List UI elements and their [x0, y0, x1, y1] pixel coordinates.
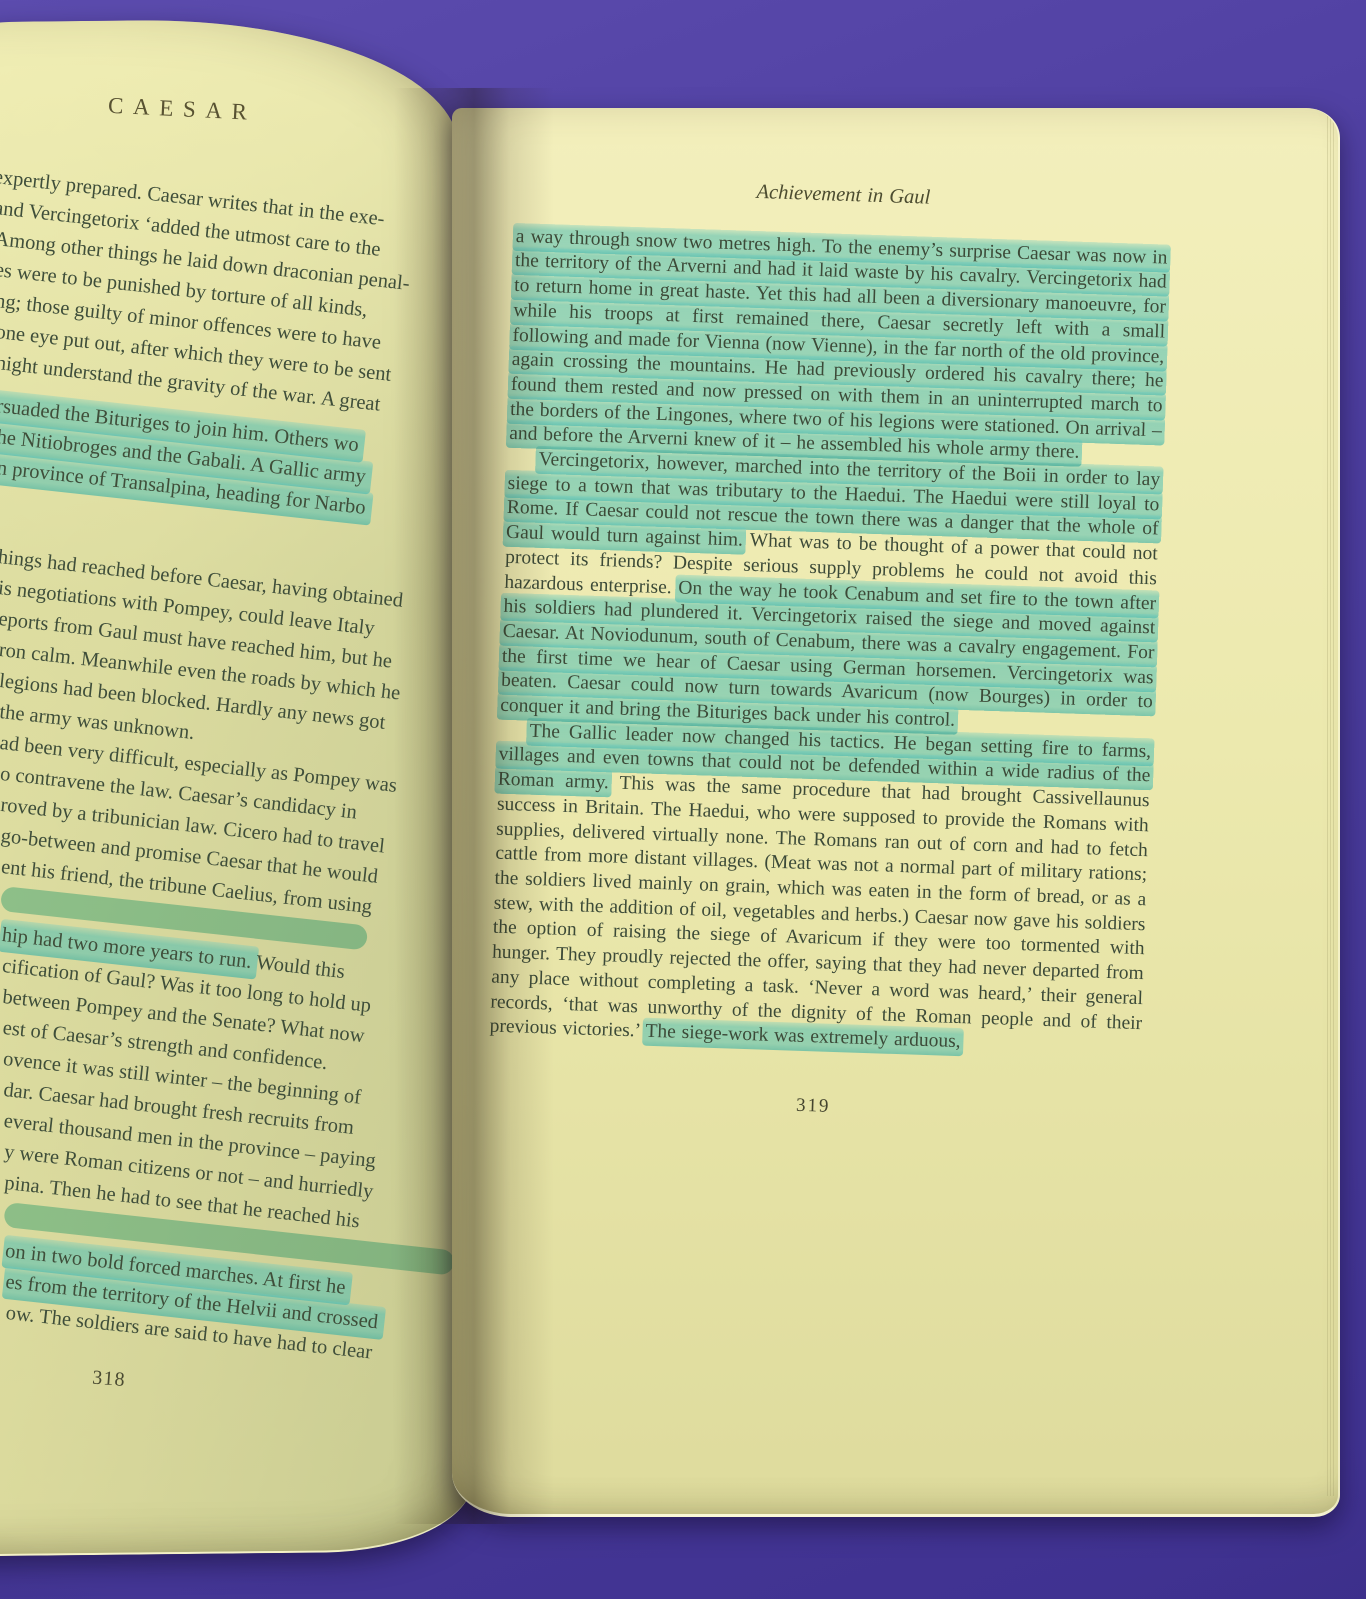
body-text: This was the same procedure that had bro…	[489, 773, 1150, 1042]
left-page-number: 318	[91, 1367, 126, 1393]
body-paragraph: a way through snow two metres high. To t…	[509, 225, 1168, 469]
highlighted-text: On the way he took Cenabum and set fire …	[497, 574, 1160, 735]
body-text: Would this	[250, 951, 345, 983]
body-paragraph: Vercingetorix, however, marched into the…	[500, 447, 1161, 740]
right-page-paragraphs: a way through snow two metres high. To t…	[489, 225, 1168, 1061]
left-page-lines: expertly prepared. Caesar writes that in…	[0, 157, 458, 1329]
highlighted-text: a way through snow two metres high. To t…	[506, 223, 1171, 468]
book-photo: CAESAR expertly prepared. Caesar writes …	[0, 0, 1366, 1599]
page-stack-edge	[1325, 116, 1336, 1496]
left-page: CAESAR expertly prepared. Caesar writes …	[0, 17, 473, 1557]
right-page-text: Achievement in Gaul a way through snow t…	[487, 172, 1170, 1130]
body-paragraph: The Gallic leader now changed his tactic…	[489, 718, 1151, 1061]
right-page: Achievement in Gaul a way through snow t…	[452, 108, 1340, 1517]
left-page-text: CAESAR expertly prepared. Caesar writes …	[0, 89, 458, 1392]
right-page-number: 319	[487, 1083, 1139, 1129]
right-running-header: Achievement in Gaul	[517, 172, 1169, 218]
left-running-header: CAESAR	[107, 93, 257, 126]
